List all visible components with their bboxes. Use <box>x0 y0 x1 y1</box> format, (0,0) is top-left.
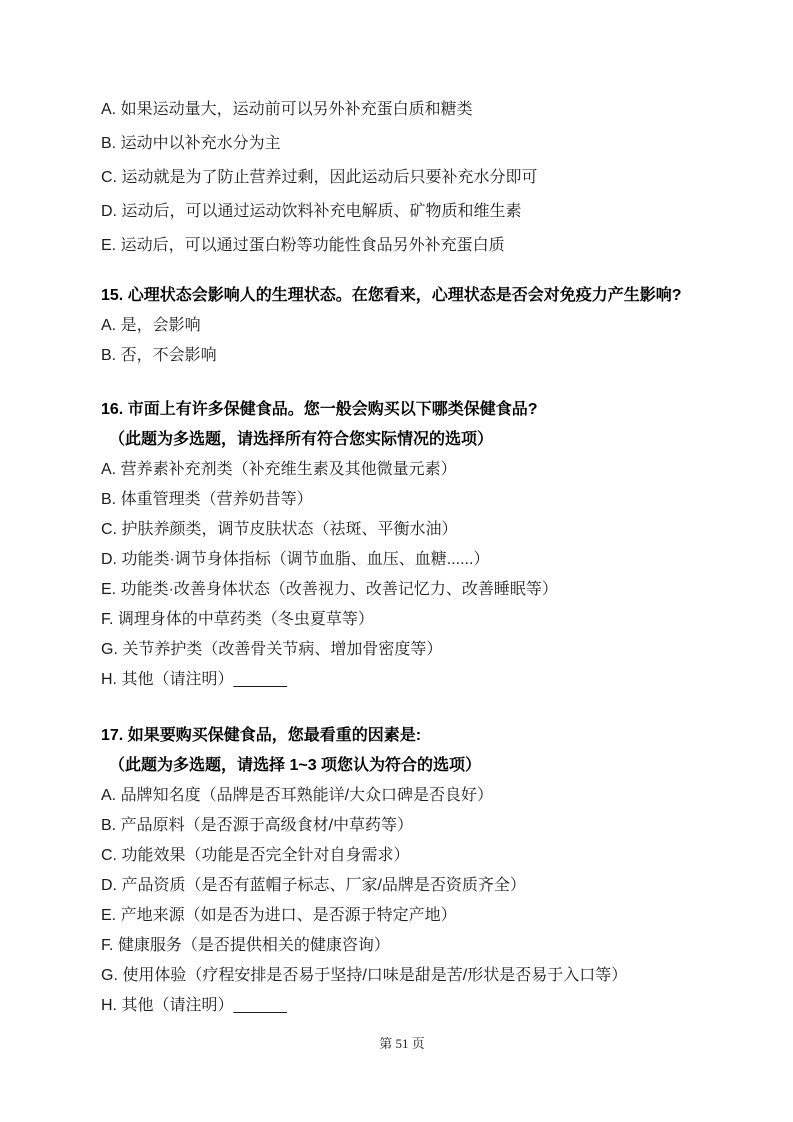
option-line: A. 营养素补充剂类（补充维生素及其他微量元素） <box>101 455 703 485</box>
option-line: E. 运动后，可以通过蛋白粉等功能性食品另外补充蛋白质 <box>101 229 703 263</box>
option-line-other-with-blank: H. 其他（请注明）______ <box>101 665 703 695</box>
page-number: 第 51 页 <box>101 1035 703 1053</box>
option-line-other-with-blank: H. 其他（请注明）______ <box>101 991 703 1021</box>
question-16: 16. 市面上有许多保健食品。您一般会购买以下哪类保健食品? （此题为多选题，请… <box>101 395 703 695</box>
question-14-options-continuation: A. 如果运动量大，运动前可以另外补充蛋白质和糖类 B. 运动中以补充水分为主 … <box>101 93 703 263</box>
question-17: 17. 如果要购买保健食品，您最看重的因素是: （此题为多选题，请选择 1~3 … <box>101 721 703 1021</box>
question-title: 17. 如果要购买保健食品，您最看重的因素是: <box>101 721 703 751</box>
option-line: G. 使用体验（疗程安排是否易于坚持/口味是甜是苦/形状是否易于入口等） <box>101 961 703 991</box>
option-line: C. 功能效果（功能是否完全针对自身需求） <box>101 841 703 871</box>
question-note: （此题为多选题，请选择 1~3 项您认为符合的选项） <box>101 751 703 781</box>
option-line: D. 功能类·调节身体指标（调节血脂、血压、血糖......） <box>101 545 703 575</box>
option-line: D. 运动后，可以通过运动饮料补充电解质、矿物质和维生素 <box>101 195 703 229</box>
option-line: B. 产品原料（是否源于高级食材/中草药等） <box>101 811 703 841</box>
document-page: A. 如果运动量大，运动前可以另外补充蛋白质和糖类 B. 运动中以补充水分为主 … <box>0 0 793 1122</box>
question-15: 15. 心理状态会影响人的生理状态。在您看来，心理状态是否会对免疫力产生影响? … <box>101 281 703 371</box>
option-line: G. 关节养护类（改善骨关节病、增加骨密度等） <box>101 635 703 665</box>
option-line: B. 体重管理类（营养奶昔等） <box>101 485 703 515</box>
question-title: 15. 心理状态会影响人的生理状态。在您看来，心理状态是否会对免疫力产生影响? <box>101 281 703 311</box>
option-line: A. 如果运动量大，运动前可以另外补充蛋白质和糖类 <box>101 93 703 127</box>
option-line: E. 功能类·改善身体状态（改善视力、改善记忆力、改善睡眠等） <box>101 575 703 605</box>
option-line: E. 产地来源（如是否为进口、是否源于特定产地） <box>101 901 703 931</box>
option-line: C. 护肤养颜类，调节皮肤状态（祛斑、平衡水油） <box>101 515 703 545</box>
option-line: C. 运动就是为了防止营养过剩，因此运动后只要补充水分即可 <box>101 161 703 195</box>
option-line: B. 否，不会影响 <box>101 341 703 371</box>
question-title: 16. 市面上有许多保健食品。您一般会购买以下哪类保健食品? <box>101 395 703 425</box>
question-note: （此题为多选题，请选择所有符合您实际情况的选项） <box>101 425 703 455</box>
option-line: A. 是，会影响 <box>101 311 703 341</box>
option-line: F. 调理身体的中草药类（冬虫夏草等） <box>101 605 703 635</box>
option-line: A. 品牌知名度（品牌是否耳熟能详/大众口碑是否良好） <box>101 781 703 811</box>
option-line: F. 健康服务（是否提供相关的健康咨询） <box>101 931 703 961</box>
document-content: A. 如果运动量大，运动前可以另外补充蛋白质和糖类 B. 运动中以补充水分为主 … <box>0 0 793 1053</box>
option-line: D. 产品资质（是否有蓝帽子标志、厂家/品牌是否资质齐全） <box>101 871 703 901</box>
option-line: B. 运动中以补充水分为主 <box>101 127 703 161</box>
